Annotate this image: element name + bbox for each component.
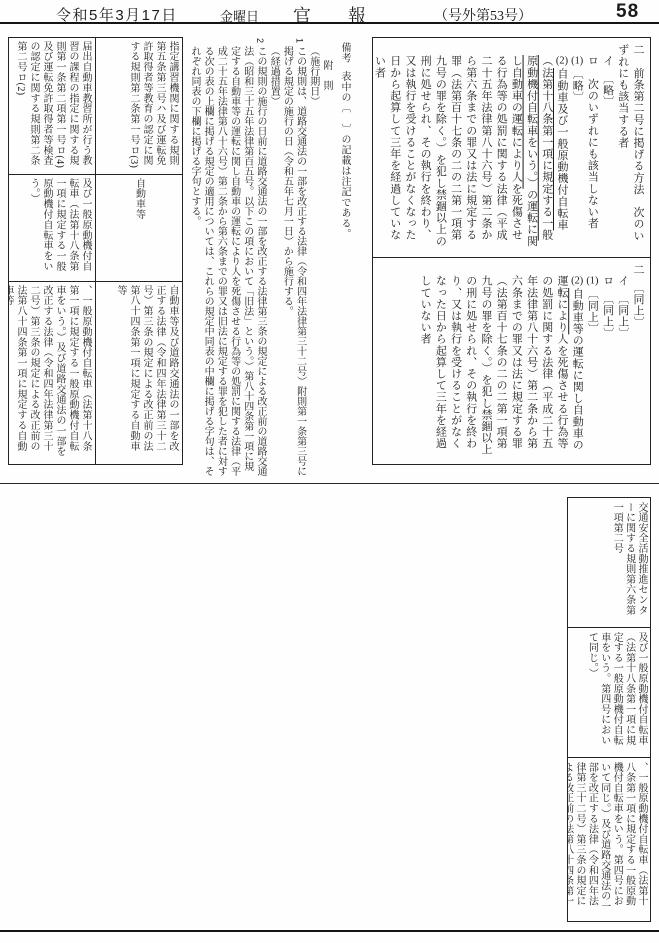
supplementary-provisions: 附 則 （施行期日） 1この規則は、道路交通法の一部を改正する法律（令和四年法律… — [186, 37, 333, 478]
transitional-measures-heading: （経過措置） — [267, 46, 280, 478]
provision-cell-row1: 指定講習機関に関する規則第五条第三号ハ及び運転免許取得者等教育の認定に関する規則… — [95, 38, 182, 174]
bottom-text-row3: 、一般原動機付自転車（法第十八条第一項に規定する一般原動機付自転車をいう。第四号… — [571, 762, 647, 915]
bottom-cell-row3: 、一般原動機付自転車（法第十八条第一項に規定する一般原動機付自転車をいう。第四号… — [568, 758, 650, 919]
item-1-body: この規則は、道路交通法の一部を改正する法律（令和四年法律第三十二号）附則第一条第… — [281, 46, 305, 476]
bottom-text-row2: 、一般原動機付自転車（法第十八条第一項に規定する一般原動機付自転車をいう。）及び… — [12, 285, 92, 461]
middle-text-row1: 自動車等 — [133, 178, 146, 278]
provision-text-row2: 届出自動車教習所が行う教習の課程の指定に関する規則第一条第二項第一号ロ(4)及び… — [12, 41, 92, 171]
item-i-line: イ 〔同上〕 — [615, 264, 630, 458]
item-2-rest-text: の運転に関し自動車の運転により人を死傷させる行為等の処罰に関する法律（平成二十五… — [374, 55, 538, 247]
item-1-number: 1 — [292, 38, 305, 43]
middle-text-row3: 及び一般原動機付自転車（法第十八条第一項に規定する一般原動機付自転車をいう。第四… — [571, 632, 647, 753]
remarks-label: 備考 — [339, 42, 350, 63]
item-2-rest-text: の運転に関し自動車の運転により人を死傷させる行為等の処罰に関する法律（平成二十五… — [419, 275, 583, 455]
item-1-line: (1)〔略〕 — [569, 44, 584, 251]
item-2-line: (2)自動車等の運転に関し自動車の運転により人を死傷させる行為等の処罰に関する法… — [417, 264, 584, 458]
provision-band: 指定講習機関に関する規則第五条第三号ハ及び運転免許取得者等教育の認定に関する規則… — [9, 38, 182, 175]
item-ro-line: ロ 次のいずれにも該当しない者 — [584, 44, 599, 251]
header-rule — [0, 22, 659, 24]
publication-title: 官報 — [293, 2, 403, 28]
item-1-label: (1) — [586, 275, 598, 286]
item-2-body: この規則の施行の日前に道路交通法の一部を改正する法律第三条の規定による改正前の道… — [189, 46, 266, 476]
item-ro-line: ロ 〔同上〕 — [599, 264, 614, 458]
provision-text-row3: 交通安全活動推進センターに関する規則第六条第一項第二号 — [571, 502, 647, 623]
supplementary-item-2: 2この規則の施行の日前に道路交通法の一部を改正する法律第三条の規定による改正前の… — [188, 46, 267, 478]
bottom-cell-row2: 、一般原動機付自転車（法第十八条第一項に規定する一般原動機付自転車をいう。）及び… — [9, 282, 95, 464]
bottom-text-row1: 自動車等及び道路交通法の一部を改正する法律（令和四年法律第三十二号）第三条の規定… — [99, 285, 179, 461]
item-two-line: 二 〔同上〕 — [630, 264, 645, 458]
provision-cell-row3: 交通安全活動推進センターに関する規則第六条第一項第二号 — [568, 498, 650, 628]
provision-comparison-table: 二 前条第二号に掲げる方法 次のいずれにも該当する者 イ 〔略〕 ロ 次のいずれ… — [372, 37, 651, 465]
bottom-column-band: 自動車等及び道路交通法の一部を改正する法律（令和四年法律第三十二号）第三条の規定… — [9, 282, 182, 464]
item-two-line: 二 前条第二号に掲げる方法 次のいずれにも該当する者 — [615, 44, 645, 251]
remarks-text: 表中の〔 〕の記載は注記である。 — [339, 71, 350, 239]
new-provision-row: 二 前条第二号に掲げる方法 次のいずれにも該当する者 イ 〔略〕 ロ 次のいずれ… — [373, 38, 650, 258]
old-provision-text: 二 〔同上〕 イ 〔同上〕 ロ 〔同上〕 (1)〔同上〕 (2)自動車等の運転に… — [378, 264, 645, 458]
new-provision-text: 二 前条第二号に掲げる方法 次のいずれにも該当する者 イ 〔略〕 ロ 次のいずれ… — [378, 44, 645, 251]
item-2-label: (2) — [571, 275, 583, 286]
item-i-line: イ 〔略〕 — [599, 44, 614, 251]
gazette-page: 令和5年3月17日 金曜日 官報 （号外第53号） 58 二 前条第二号に掲げる… — [0, 0, 659, 943]
old-provision-row: 二 〔同上〕 イ 〔同上〕 ロ 〔同上〕 (1)〔同上〕 (2)自動車等の運転に… — [373, 258, 650, 464]
item-2-label: (2) — [556, 55, 568, 66]
middle-cell-row3: 及び一般原動機付自転車（法第十八条第一項に規定する一般原動機付自転車をいう。第四… — [568, 628, 650, 758]
supplementary-provisions-title: 附 則 — [320, 46, 333, 478]
item-2-number: 2 — [253, 38, 266, 43]
item-1-text: 〔略〕 — [571, 68, 583, 103]
page-number: 58 — [616, 1, 639, 23]
item-2-line: (2)自動車及び一般原動機付自転車（法第十八条第一項に規定する一般原動機付自転車… — [373, 44, 569, 251]
middle-text-row2: 及び一般原動機付自転車（法第十八条第一項に規定する一般原動機付自転車をいう。） — [12, 178, 92, 278]
effective-date-heading: （施行期日） — [307, 46, 320, 478]
item-1-text: 〔同上〕 — [586, 288, 598, 334]
provision-text-row1: 指定講習機関に関する規則第五条第三号ハ及び運転免許取得者等教育の認定に関する規則… — [99, 41, 179, 171]
middle-cell-row2: 及び一般原動機付自転車（法第十八条第一項に規定する一般原動機付自転車をいう。） — [9, 175, 95, 281]
supplementary-item-1: 1この規則は、道路交通法の一部を改正する法律（令和四年法律第三十二号）附則第一条… — [280, 46, 306, 478]
remarks-note: 備考表中の〔 〕の記載は注記である。 — [338, 42, 351, 472]
item-1-line: (1)〔同上〕 — [584, 264, 599, 458]
item-2-marked-text: 自動車等 — [571, 288, 583, 334]
item-1-label: (1) — [571, 55, 583, 66]
provision-cell-row2: 届出自動車教習所が行う教習の課程の指定に関する規則第一条第二項第一号ロ(4)及び… — [9, 38, 95, 174]
section-divider-rule — [0, 483, 659, 484]
replacement-table-continued: 交通安全活動推進センターに関する規則第六条第一項第二号 及び一般原動機付自転車（… — [567, 497, 651, 922]
middle-column-band: 自動車等 及び一般原動機付自転車（法第十八条第一項に規定する一般原動機付自転車を… — [9, 175, 182, 282]
page-bottom-rule — [0, 930, 659, 932]
bottom-cell-row1: 自動車等及び道路交通法の一部を改正する法律（令和四年法律第三十二号）第三条の規定… — [95, 282, 182, 464]
replacement-table: 指定講習機関に関する規則第五条第三号ハ及び運転免許取得者等教育の認定に関する規則… — [8, 37, 183, 465]
middle-cell-row1: 自動車等 — [95, 175, 182, 281]
